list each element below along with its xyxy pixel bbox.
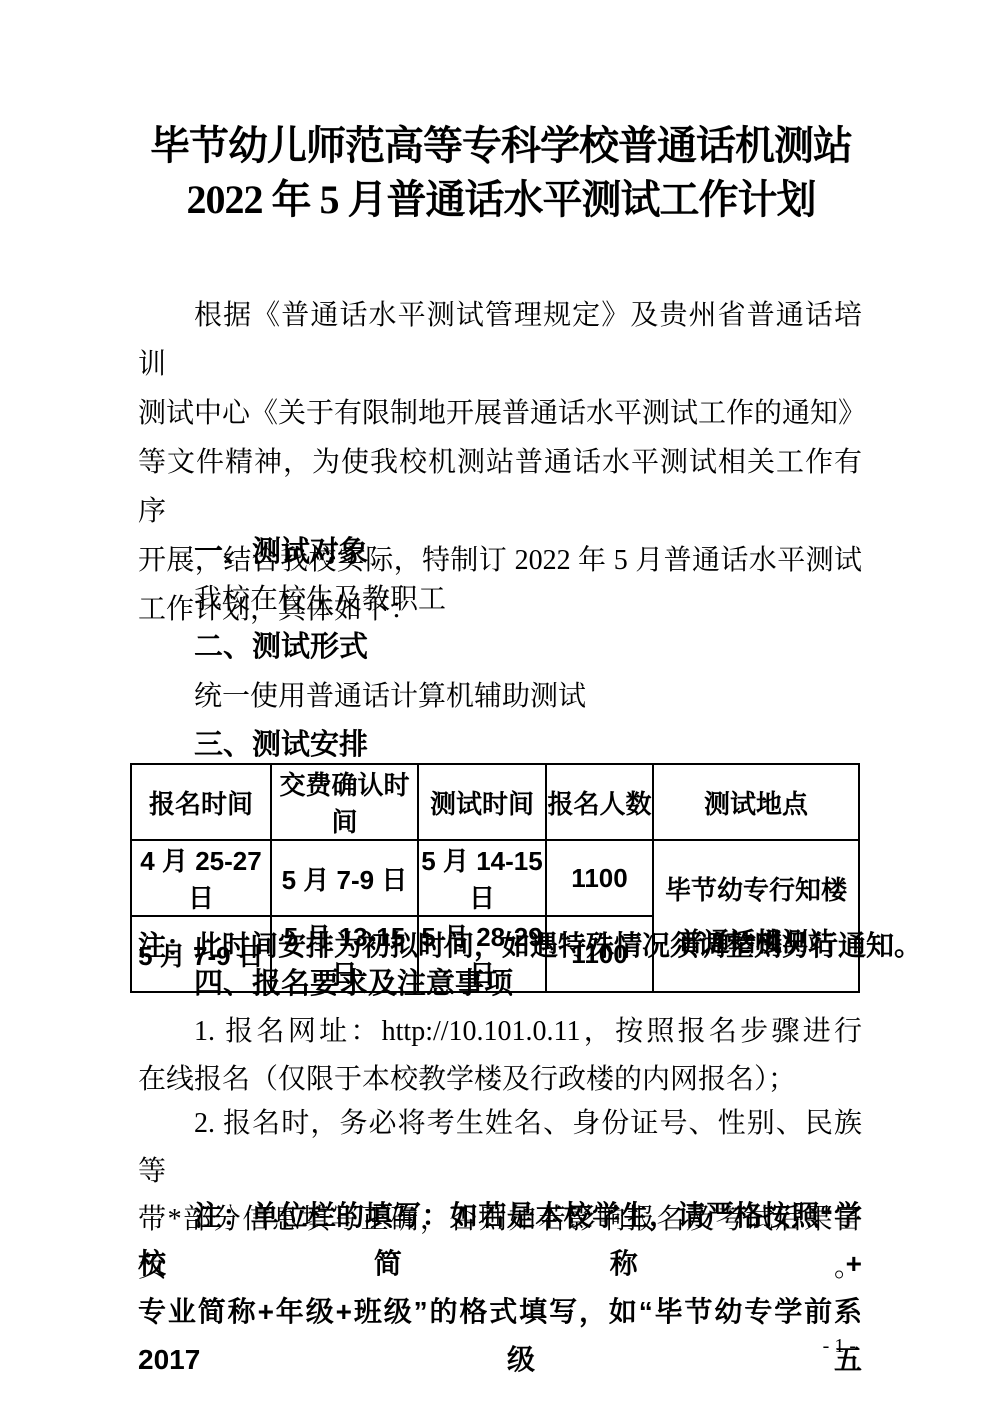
section2-heading: 二、测试形式 [138,623,862,672]
header-payment-time: 交费确认时间 [271,764,418,840]
cell-test-time: 5 月 14-15 日 [418,840,546,916]
header-location: 测试地点 [653,764,859,840]
section2-body: 统一使用普通话计算机辅助测试 [138,672,862,721]
cell-payment-time: 5 月 7-9 日 [271,840,418,916]
document-page: 毕节幼儿师范高等专科学校普通话机测站 2022 年 5 月普通话水平测试工作计划… [0,0,1002,1401]
unit-note-line: 专业简称+年级+班级”的格式填写，如“毕节幼专学前系 2017 级五 [138,1288,862,1384]
section4-heading: 四、报名要求及注意事项 [138,960,862,1009]
unit-note-line: 注：单位栏的填写：如若是本校学生，请严格按照“学校简称+ [138,1192,862,1288]
title-line-2: 2022 年 5 月普通话水平测试工作计划 [0,173,1002,227]
page-number: - 1 - [823,1334,856,1358]
table-header-row: 报名时间 交费确认时间 测试时间 报名人数 测试地点 [131,764,859,840]
header-register-time: 报名时间 [131,764,271,840]
title-line-1: 毕节幼儿师范高等专科学校普通话机测站 [0,119,1002,173]
item1-line: 在线报名（仅限于本校教学楼及行政楼的内网报名）； [138,1056,862,1104]
item1-paragraph: 1. 报名网址：http://10.101.0.11，按照报名步骤进行 在线报名… [138,1008,862,1104]
location-line-1: 毕节幼专行知楼一楼 [654,864,858,916]
table-row: 4 月 25-27 日 5 月 7-9 日 5 月 14-15 日 1100 毕… [131,840,859,916]
header-count: 报名人数 [546,764,653,840]
section1-body: 我校在校生及教职工 [138,575,862,624]
cell-register-time: 4 月 25-27 日 [131,840,271,916]
item1-line: 1. 报名网址：http://10.101.0.11，按照报名步骤进行 [138,1008,862,1056]
intro-line: 测试中心《关于有限制地开展普通话水平测试工作的通知》 [138,389,862,438]
item2-line: 2. 报名时，务必将考生姓名、身份证号、性别、民族等 [138,1100,862,1196]
section1-heading: 一、测试对象 [138,528,862,577]
cell-count: 1100 [546,840,653,916]
header-test-time: 测试时间 [418,764,546,840]
document-title: 毕节幼儿师范高等专科学校普通话机测站 2022 年 5 月普通话水平测试工作计划 [0,119,1002,227]
intro-line: 等文件精神，为使我校机测站普通话水平测试相关工作有序 [138,438,862,536]
intro-line: 根据《普通话水平测试管理规定》及贵州省普通话培训 [138,291,862,389]
unit-note-paragraph: 注：单位栏的填写：如若是本校学生，请严格按照“学校简称+ 专业简称+年级+班级”… [138,1192,862,1384]
